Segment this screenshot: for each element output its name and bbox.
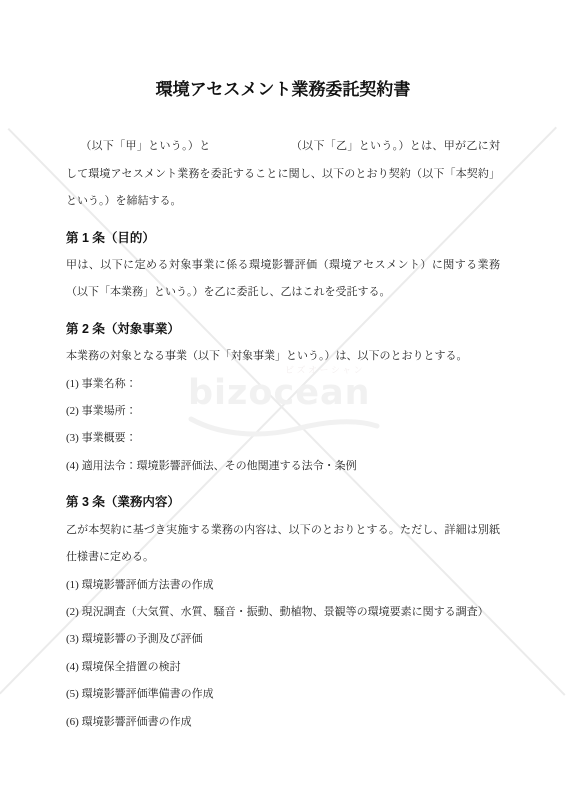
preamble-paragraph: （以下「甲」という。）と（以下「乙」という。）とは、甲が乙に対して環境アセスメン… — [66, 133, 500, 215]
list-item: (2) 現況調査（大気質、水質、騒音・振動、動植物、景観等の環境要素に関する調査… — [66, 599, 500, 626]
party-a-name-blank — [66, 148, 80, 149]
article-2: 第 2 条（対象事業） 本業務の対象となる事業（以下「対象事業」という。）は、以… — [66, 316, 500, 480]
list-item: (1) 環境影響評価方法書の作成 — [66, 572, 500, 599]
document-page: ビズオーシャン bizocean 環境アセスメント業務委託契約書 （以下「甲」と… — [0, 0, 566, 800]
article-1-heading: 第 1 条（目的） — [66, 225, 500, 252]
article-3: 第 3 条（業務内容） 乙が本契約に基づき実施する業務の内容は、以下のとおりとす… — [66, 489, 500, 736]
article-3-paragraph: 乙が本契約に基づき実施する業務の内容は、以下のとおりとする。ただし、詳細は別紙仕… — [66, 517, 500, 572]
document-title: 環境アセスメント業務委託契約書 — [66, 76, 500, 103]
preamble-party-a-text: （以下「甲」という。）と — [80, 140, 211, 152]
article-1: 第 1 条（目的） 甲は、以下に定める対象事業に係る環境影響評価（環境アセスメン… — [66, 225, 500, 307]
list-item: (3) 環境影響の予測及び評価 — [66, 626, 500, 653]
list-item: (1) 事業名称： — [66, 371, 500, 398]
list-item: (2) 事業場所： — [66, 398, 500, 425]
article-3-heading: 第 3 条（業務内容） — [66, 489, 500, 516]
list-item: (4) 環境保全措置の検討 — [66, 654, 500, 681]
document-content: 環境アセスメント業務委託契約書 （以下「甲」という。）と（以下「乙」という。）と… — [66, 0, 500, 736]
article-2-heading: 第 2 条（対象事業） — [66, 316, 500, 343]
article-2-paragraph: 本業務の対象となる事業（以下「対象事業」という。）は、以下のとおりとする。 — [66, 343, 500, 370]
party-b-name-blank — [211, 148, 291, 149]
list-item: (4) 適用法令：環境影響評価法、その他関連する法令・条例 — [66, 453, 500, 480]
list-item: (5) 環境影響評価準備書の作成 — [66, 681, 500, 708]
article-1-paragraph: 甲は、以下に定める対象事業に係る環境影響評価（環境アセスメント）に関する業務（以… — [66, 252, 500, 307]
list-item: (6) 環境影響評価書の作成 — [66, 709, 500, 736]
list-item: (3) 事業概要： — [66, 425, 500, 452]
